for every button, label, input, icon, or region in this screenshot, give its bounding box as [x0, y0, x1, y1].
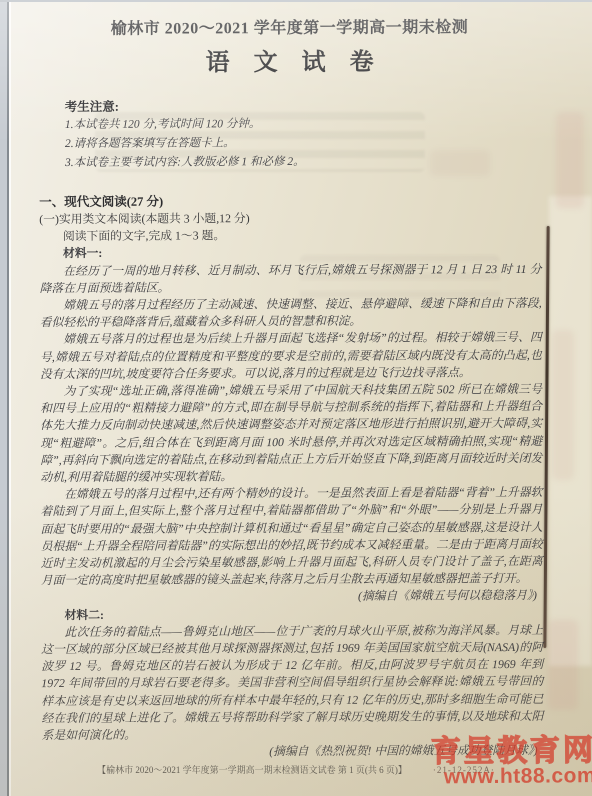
page-footer: 【榆林市 2020～2021 学年度第一学期高一期末检测语文试卷 第 1 页(共… — [0, 763, 592, 776]
material-1-paragraph: 为了实现“选址正确,落得准确”,嫦娥五号采用了中国航天科技集团五院 502 所已… — [40, 381, 542, 486]
scan-edge-left-highlight — [9, 0, 11, 796]
page-content: 榆林市 2020～2021 学年度第一学期高一期末检测 语 文 试 卷 考生注意… — [38, 11, 543, 762]
bleed-through-artifact — [556, 112, 584, 208]
exam-title: 语 文 试 卷 — [39, 46, 541, 80]
section-heading: 一、现代文阅读(27 分) — [39, 192, 541, 211]
material-2-paragraph: 此次任务的着陆点——鲁姆克山地区——位于广袤的月球火山平原,被称为海洋风暴。月球… — [41, 622, 544, 745]
candidate-notice: 考生注意: 1.本试卷共 120 分,考试时间 120 分钟。 2.请将各题答案… — [65, 96, 541, 173]
material-1-paragraph: 嫦娥五号落月的过程也是为后续上升器月面起飞选择“发射场”的过程。相较于嫦娥三号、… — [40, 329, 542, 383]
material-1-paragraph: 嫦娥五号的落月过程经历了主动减速、快速调整、接近、悬停避障、缓速下降和自由下落段… — [40, 295, 542, 332]
reading-instruction: 阅读下面的文字,完成 1～3 题。 — [39, 226, 541, 245]
scan-edge-top-line — [0, 0, 592, 2]
notice-item: 3.本试卷主要考试内容:人教版必修 1 和必修 2。 — [65, 152, 541, 173]
scan-edge-left-strip — [0, 0, 7, 796]
scan-page-fold-band — [549, 196, 592, 666]
notice-item: 2.请将各题答案填写在答题卡上。 — [65, 133, 541, 154]
material-1-paragraph: 在经历了一周的地月转移、近月制动、环月飞行后,嫦娥五号探测器于 12 月 1 日… — [39, 261, 541, 298]
footer-paper-code: ·21-12-252A· — [433, 765, 495, 775]
scanned-exam-page: 榆林市 2020～2021 学年度第一学期高一期末检测 语 文 试 卷 考生注意… — [0, 0, 592, 796]
material-2-attribution: (摘编自《热烈祝贺! 中国的嫦娥五号成功登陆月球》) — [42, 742, 544, 761]
material-2-label: 材料二: — [41, 605, 543, 624]
material-1-paragraph: 在嫦娥五号的落月过程中,还有两个精妙的设计。一是虽然表面上看是着陆器“背着”上升… — [40, 484, 542, 589]
part-heading: (一)实用类文本阅读(本题共 3 小题,12 分) — [39, 209, 541, 228]
notice-heading: 考生注意: — [65, 96, 541, 116]
exam-header-line: 榆林市 2020～2021 学年度第一学期高一期末检测 — [38, 11, 540, 41]
material-1-label: 材料一: — [39, 243, 541, 262]
footer-text: 【榆林市 2020～2021 学年度第一学期高一期末检测语文试卷 第 1 页(共… — [97, 763, 407, 776]
material-1-attribution: (摘编自《嫦娥五号何以稳稳落月》) — [41, 587, 543, 606]
notice-item: 1.本试卷共 120 分,考试时间 120 分钟。 — [65, 114, 541, 135]
